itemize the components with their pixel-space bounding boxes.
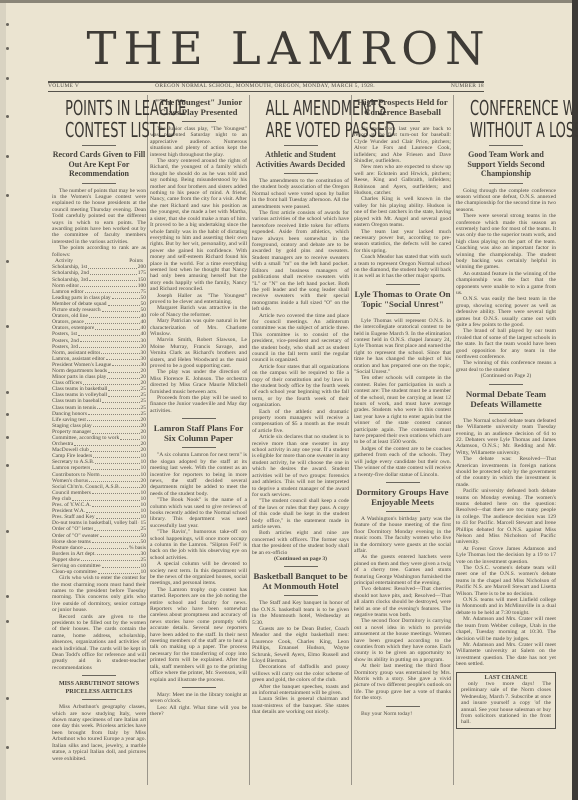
article-paragraph: Charles King is well known in the valley… bbox=[354, 196, 451, 228]
leader-dots bbox=[95, 325, 139, 330]
column-rule bbox=[147, 95, 148, 785]
divider bbox=[182, 687, 216, 688]
continued-note: (Continued on page 3) bbox=[252, 556, 349, 562]
divider bbox=[284, 145, 318, 146]
subheadline: Athletic and Student Activities Awards D… bbox=[252, 150, 349, 169]
leader-dots bbox=[88, 264, 137, 269]
leader-dots bbox=[88, 411, 140, 416]
article-paragraph: At their last meeting the third floor Do… bbox=[354, 663, 451, 701]
article-paragraph: Going through the complete conference se… bbox=[456, 188, 556, 214]
leader-dots bbox=[108, 386, 139, 391]
article-paragraph: The second floor Dormitory is carrying o… bbox=[354, 618, 451, 663]
article-paragraph: After the banquet speeches, toasts and a… bbox=[252, 684, 349, 697]
dateline-rule bbox=[48, 91, 484, 92]
article-headline: High Prospects Held for Conference Baseb… bbox=[354, 97, 451, 117]
joke-line: Leo: All right. What time will you be th… bbox=[150, 705, 247, 718]
article-paragraph: O.N.S. teams will meet Linfield college … bbox=[456, 597, 556, 616]
leader-dots bbox=[107, 374, 139, 379]
leader-dots bbox=[90, 270, 137, 275]
leader-dots bbox=[96, 514, 140, 519]
article-paragraph: The Normal school debate team defeated t… bbox=[456, 418, 556, 456]
article-paragraph: Judges of the contest are to be coaches … bbox=[354, 446, 451, 478]
continued-note: (Continued on Page 2) bbox=[456, 373, 556, 379]
article-paragraph: Six men from last year are back to repor… bbox=[354, 126, 451, 164]
date-label: OREGON NORMAL SCHOOL, MONMOUTH, OREGON, … bbox=[155, 83, 375, 89]
article-paragraph: Girls who wish to enter the contest for … bbox=[52, 575, 146, 613]
article-paragraph: O.N.S. was easily the best team in the g… bbox=[456, 296, 556, 328]
article-paragraph: Margaret Barich was attractive in the ro… bbox=[150, 305, 247, 318]
leader-dots bbox=[112, 295, 140, 300]
divider bbox=[386, 121, 420, 122]
article-amendments: ALL AMENDMENTS ARE VOTED PASSED Athletic… bbox=[252, 97, 349, 716]
column-rule bbox=[249, 95, 250, 785]
article-paragraph: As the guests entered hatchets were pinn… bbox=[354, 554, 451, 586]
banner-headline: ALL AMENDMENTS bbox=[266, 97, 336, 119]
article-paragraph: The brand of ball played by our team riv… bbox=[456, 328, 556, 360]
article-paragraph: The play was under the direction of Miss… bbox=[150, 369, 247, 395]
banner-headline: CONFERENCE WON bbox=[470, 97, 542, 119]
masthead-title: THE LAMRON bbox=[0, 26, 578, 71]
article-paragraph: "The Ravin'," humorous take-off on schoo… bbox=[150, 529, 247, 561]
article-paragraph: Decorations of daffodils and pussy willo… bbox=[252, 664, 349, 683]
article-paragraph: The O.S.C. women's debate team will meet… bbox=[456, 565, 556, 597]
leader-dots bbox=[79, 344, 140, 349]
article-paragraph: The Lamron trophy cup contest has starte… bbox=[150, 587, 247, 683]
article-paragraph: Guests are to be Dean Butler, Coach Mead… bbox=[252, 626, 349, 664]
article-paragraph: The points according to rank are as foll… bbox=[52, 245, 146, 258]
article-paragraph: Proceeds from the play will be used to f… bbox=[150, 395, 247, 414]
article-junior-play: "The Youngest" Junior Class Play Present… bbox=[150, 97, 247, 718]
article-paragraph: Article six declares that no student is … bbox=[252, 434, 349, 498]
leader-dots bbox=[89, 277, 137, 282]
leader-dots bbox=[100, 533, 140, 538]
article-paragraph: Both articles eight and nine are concern… bbox=[252, 530, 349, 556]
issue-number: NUMBER 18 bbox=[451, 83, 484, 89]
article-paragraph: "The student council shall keep a code o… bbox=[252, 498, 349, 530]
article-paragraph: The first article consists of awards for… bbox=[252, 210, 349, 313]
leader-dots bbox=[102, 307, 140, 312]
last-chance-box: LAST CHANCE only two more days! The prel… bbox=[456, 672, 556, 729]
article-headline: Lamron Staff Plans For Six Column Paper bbox=[150, 423, 247, 443]
divider bbox=[386, 284, 420, 285]
leader-dots bbox=[80, 338, 140, 343]
article-paragraph: The debate was: Resolved—That American i… bbox=[456, 456, 556, 488]
article-headline: Basketball Banquet to be At Monmouth Hot… bbox=[252, 571, 349, 591]
leader-dots bbox=[101, 472, 140, 477]
divider bbox=[489, 413, 523, 414]
divider bbox=[386, 706, 420, 707]
article-paragraph: The winning of this conference means a g… bbox=[456, 360, 556, 373]
leader-dots bbox=[83, 380, 140, 385]
points-table: Scholarship, 1st200Scholarship, 2nd175Sc… bbox=[52, 264, 146, 575]
article-paragraph: The story centered around the rights of … bbox=[150, 158, 247, 293]
divider bbox=[284, 566, 318, 567]
divider bbox=[82, 699, 116, 700]
article-paragraph: Marvin Smith, Robert Slawson, Le Moine M… bbox=[150, 337, 247, 369]
leader-dots bbox=[89, 478, 139, 483]
divider bbox=[489, 183, 523, 184]
volume-label: VOLUME V bbox=[48, 83, 79, 89]
article-paragraph: Coach Meador has stated that with such a… bbox=[354, 254, 451, 280]
leader-dots bbox=[92, 502, 139, 507]
leader-dots bbox=[87, 417, 140, 422]
article-paragraph: Joseph Haller as "The Youngest" proved t… bbox=[150, 293, 247, 306]
divider bbox=[386, 313, 420, 314]
leader-dots bbox=[108, 392, 139, 397]
divider bbox=[82, 145, 116, 146]
article-paragraph: Mr. Adamson and Mrs. Crater will meet th… bbox=[456, 616, 556, 642]
article-paragraph: Record cards are given to the presidents… bbox=[52, 614, 146, 672]
leader-dots bbox=[90, 447, 140, 452]
divider bbox=[182, 447, 216, 448]
leader-dots bbox=[91, 465, 139, 470]
leader-dots bbox=[84, 545, 128, 550]
article-paragraph: Mr. Adamson and Mrs. Crater will meet Wi… bbox=[456, 642, 556, 668]
article-paragraph: A special column will be devoted to soci… bbox=[150, 561, 247, 587]
leader-dots bbox=[120, 435, 139, 440]
leader-dots bbox=[89, 313, 140, 318]
leader-dots bbox=[92, 539, 140, 544]
article-headline: Lyle Thomas to Orate On Topic "Social Un… bbox=[354, 289, 451, 309]
joke-line: Mary: Meet me in the library tonight at … bbox=[150, 692, 247, 705]
leader-dots bbox=[85, 289, 140, 294]
leader-dots bbox=[108, 301, 140, 306]
subheadline: Record Cards Given to Fill Out Are Kept … bbox=[52, 150, 146, 179]
divider bbox=[386, 482, 420, 483]
leader-dots bbox=[121, 484, 140, 489]
article-baseball: High Prospects Held for Conference Baseb… bbox=[354, 97, 451, 717]
leader-dots bbox=[80, 283, 137, 288]
leader-dots bbox=[108, 368, 140, 373]
leader-dots bbox=[78, 331, 139, 336]
divider bbox=[386, 511, 420, 512]
article-paragraph: The Junior class play, "The Youngest" wa… bbox=[150, 126, 247, 158]
article-paragraph: An outstand feature in the winning of th… bbox=[456, 271, 556, 297]
leader-dots bbox=[86, 508, 139, 513]
article-paragraph: The team last year lacked much necessary… bbox=[354, 229, 451, 255]
article-paragraph: The number of points that may be won in … bbox=[52, 188, 146, 246]
article-paragraph: Laura Stiles is general chairman and toa… bbox=[252, 696, 349, 715]
article-paragraph: Two debates: Resolved—That cherries shou… bbox=[354, 586, 451, 618]
article-headline: "The Youngest" Junior Class Play Present… bbox=[150, 97, 247, 117]
leader-dots bbox=[94, 526, 139, 531]
article-paragraph: Miss Arbuthnot's geography classes, whic… bbox=[52, 704, 146, 762]
article-paragraph: A Washington's birthday party was the fe… bbox=[354, 516, 451, 554]
divider bbox=[82, 675, 116, 676]
divider bbox=[284, 173, 318, 174]
leader-dots bbox=[92, 429, 139, 434]
article-paragraph: New men who are expected to show up well… bbox=[354, 164, 451, 196]
divider bbox=[489, 384, 523, 385]
divider bbox=[182, 418, 216, 419]
article-paragraph: Mary Patrician was quite natural in her … bbox=[150, 318, 247, 337]
leader-dots bbox=[102, 563, 140, 568]
divider bbox=[489, 145, 523, 146]
banner-headline: ARE VOTED PASSED bbox=[266, 119, 336, 141]
article-paragraph: "The Book Nook" is the name of a column … bbox=[150, 497, 247, 529]
dateline: VOLUME V OREGON NORMAL SCHOOL, MONMOUTH,… bbox=[48, 83, 484, 89]
banner-headline: POINTS IN LEAGUE bbox=[65, 97, 133, 119]
banner-headline: CONTEST LISTED bbox=[65, 119, 133, 141]
article-paragraph: Pacific university defeated both debate … bbox=[456, 488, 556, 546]
leader-dots bbox=[97, 551, 140, 556]
leader-dots bbox=[93, 453, 139, 458]
article-headline: Dormitory Groups Have Enjoyable Meets bbox=[354, 487, 451, 507]
leader-dots bbox=[72, 496, 139, 501]
article-paragraph: Lyle Thomas will represent O.N.S. in the… bbox=[354, 318, 451, 376]
article-paragraph: "A six column Lamron for next term" is t… bbox=[150, 452, 247, 497]
tagline: Buy your Norm today! bbox=[354, 711, 451, 717]
divider bbox=[284, 595, 318, 596]
banner-headline: WITHOUT A LOSS bbox=[470, 119, 542, 141]
article-conference-won: CONFERENCE WON WITHOUT A LOSS Good Team … bbox=[456, 97, 556, 729]
article-headline: MISS ARBUTHNOT SHOWS PRICELESS ARTICLES bbox=[52, 680, 146, 695]
divider bbox=[82, 183, 116, 184]
article-headline: Normal Debate Team Defeats Willamette bbox=[456, 389, 556, 409]
article-paragraph: The amendments to the constitution of th… bbox=[252, 178, 349, 210]
leader-dots bbox=[97, 405, 139, 410]
article-paragraph: Article two covered the time and place f… bbox=[252, 313, 349, 364]
leader-dots bbox=[85, 319, 140, 324]
leader-dots bbox=[101, 350, 139, 355]
article-paragraph: The Staff and Key banquet in honor of th… bbox=[252, 600, 349, 626]
leader-dots bbox=[112, 362, 139, 367]
article-paragraph: Each of the athletic and dramatic proper… bbox=[252, 409, 349, 435]
leader-dots bbox=[106, 356, 139, 361]
leader-dots bbox=[95, 459, 139, 464]
article-paragraph: There were several strong teams in the c… bbox=[456, 213, 556, 271]
article-paragraph: At Forest Grove James Adamson and Lyle T… bbox=[456, 546, 556, 565]
article-paragraph: Article four states that all organizatio… bbox=[252, 364, 349, 409]
divider bbox=[182, 121, 216, 122]
leader-dots bbox=[81, 557, 139, 562]
scan-top-edge bbox=[0, 0, 578, 3]
subheadline: Good Team Work and Support Yields Second… bbox=[456, 150, 556, 179]
leader-dots bbox=[102, 398, 139, 403]
leader-dots bbox=[92, 490, 140, 495]
leader-dots bbox=[98, 569, 140, 574]
box-body: only two more days! The preliminary sale… bbox=[461, 681, 551, 726]
leader-dots bbox=[74, 441, 139, 446]
leader-dots bbox=[93, 423, 140, 428]
column-rule bbox=[453, 95, 454, 785]
article-paragraph: Ten other schools will compete in the co… bbox=[354, 375, 451, 445]
article-points-in-league: POINTS IN LEAGUE CONTEST LISTED Record C… bbox=[52, 97, 146, 762]
column-rule bbox=[351, 95, 352, 785]
